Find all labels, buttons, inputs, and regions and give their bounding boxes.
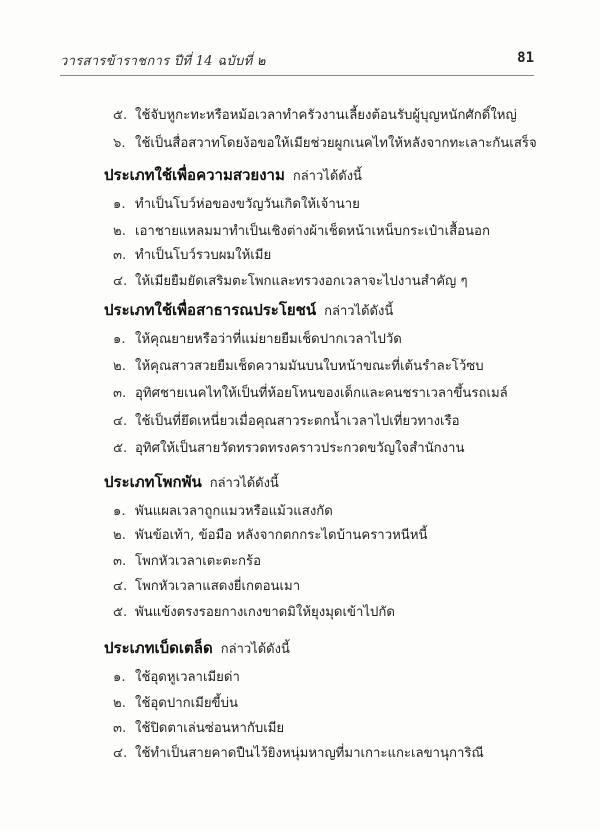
item-text: โพกหัวเวลาแสดงยี่เกตอนเมา bbox=[135, 579, 300, 594]
item-text: ใช้ทำเป็นสายคาดปืนไว้ยิงหนุ่มหาญที่มาเกา… bbox=[135, 746, 484, 761]
item-text: ทำเป็นโบว์ห่อของขวัญวันเกิดให้เจ้านาย bbox=[135, 197, 360, 212]
section-heading-beauty: ประเภทใช้เพื่อความสวยงามกล่าวได้ดังนี้ bbox=[104, 163, 362, 187]
list-item: ๕.อุทิศให้เป็นสายวัดทรวดทรงคราวประกวดขวั… bbox=[113, 437, 464, 458]
section-suffix: กล่าวได้ดังนี้ bbox=[293, 169, 362, 184]
list-item: ๒.ใช้อุดปากเมียขี้บ่น bbox=[113, 692, 238, 713]
item-text: ใช้จับหูกะทะหรือหม้อเวลาทำครัวงานเลี้ยงต… bbox=[135, 108, 517, 123]
header-rule bbox=[60, 75, 534, 76]
item-text: พันแผลเวลาถูกแมวหรือแม้วแสงกัด bbox=[135, 504, 333, 519]
item-text: ใช้เป็นที่ยึดเหนี่ยวเมื่อคุณสาวระตกน้ำเว… bbox=[135, 414, 460, 429]
journal-title: วารสารข้าราชการ ปีที่ 14 ฉบับที่ ๒ bbox=[60, 50, 266, 71]
list-item: ๕.ใช้จับหูกะทะหรือหม้อเวลาทำครัวงานเลี้ย… bbox=[113, 104, 517, 125]
item-number: ๒. bbox=[113, 692, 135, 713]
list-item: ๔.ใช้ทำเป็นสายคาดปืนไว้ยิงหนุ่มหาญที่มาเ… bbox=[113, 742, 484, 763]
list-item: ๖.ใช้เป็นสื่อสวาทโดยง้อขอให้เมียช่วยผูกเ… bbox=[113, 132, 537, 153]
section-heading-public-benefit: ประเภทใช้เพื่อสาธารณประโยชน์กล่าวได้ดังน… bbox=[104, 298, 393, 322]
section-suffix: กล่าวได้ดังนี้ bbox=[324, 304, 393, 319]
item-text: โพกหัวเวลาเตะตะกร้อ bbox=[135, 554, 261, 569]
item-text: เอาชายแหลมมาทำเป็นเชิงต่างผ้าเช็ดหน้าเหน… bbox=[135, 224, 490, 239]
list-item: ๔.โพกหัวเวลาแสดงยี่เกตอนเมา bbox=[113, 575, 300, 596]
item-number: ๔. bbox=[113, 270, 135, 291]
list-item: ๕.พันแข้งตรงรอยกางเกงขาดมิให้ยุงมุดเข้าไ… bbox=[113, 601, 395, 622]
item-number: ๔. bbox=[113, 410, 135, 431]
item-number: ๑. bbox=[113, 193, 135, 214]
running-header: วารสารข้าราชการ ปีที่ 14 ฉบับที่ ๒ 81 bbox=[60, 50, 536, 70]
item-text: ใช้เป็นสื่อสวาทโดยง้อขอให้เมียช่วยผูกเนค… bbox=[135, 136, 537, 151]
item-text: ให้คุณสาวสวยยืมเช็ดความมันบนใบหน้าขณะที่… bbox=[135, 359, 484, 374]
item-text: ทำเป็นโบว์รวบผมให้เมีย bbox=[135, 248, 271, 263]
item-number: ๒. bbox=[113, 220, 135, 241]
section-title: ประเภทใช้เพื่อความสวยงาม bbox=[104, 166, 285, 184]
item-number: ๒. bbox=[113, 355, 135, 376]
list-item: ๒.เอาชายแหลมมาทำเป็นเชิงต่างผ้าเช็ดหน้าเ… bbox=[113, 220, 490, 241]
list-item: ๑.ใช้อุดหูเวลาเมียด่า bbox=[113, 666, 240, 687]
list-item: ๒.พันข้อเท้า, ข้อมือ หลังจากตกกระไดบ้านค… bbox=[113, 524, 428, 545]
item-text: ให้คุณยายหรือว่าที่แม่ยายยืมเช็ดปากเวลาไ… bbox=[135, 332, 402, 347]
item-number: ๕. bbox=[113, 437, 135, 458]
section-title: ประเภทใช้เพื่อสาธารณประโยชน์ bbox=[104, 301, 316, 319]
item-text: อุทิศชายเนคไทให้เป็นที่ห้อยโหนของเด็กและ… bbox=[135, 386, 508, 401]
item-number: ๕. bbox=[113, 104, 135, 125]
item-number: ๖. bbox=[113, 132, 135, 153]
list-item: ๓.อุทิศชายเนคไทให้เป็นที่ห้อยโหนของเด็กแ… bbox=[113, 382, 508, 403]
item-text: ใช้ปิดตาเล่นซ่อนหากับเมีย bbox=[135, 721, 284, 736]
list-item: ๓.ทำเป็นโบว์รวบผมให้เมีย bbox=[113, 244, 271, 265]
item-number: ๕. bbox=[113, 601, 135, 622]
section-title: ประเภทโพกพัน bbox=[104, 473, 202, 491]
list-item: ๔.ใช้เป็นที่ยึดเหนี่ยวเมื่อคุณสาวระตกน้ำ… bbox=[113, 410, 460, 431]
item-text: ใช้อุดปากเมียขี้บ่น bbox=[135, 696, 238, 711]
section-heading-wrapping: ประเภทโพกพันกล่าวได้ดังนี้ bbox=[104, 470, 279, 494]
item-number: ๔. bbox=[113, 575, 135, 596]
section-suffix: กล่าวได้ดังนี้ bbox=[221, 642, 290, 657]
page-number: 81 bbox=[517, 50, 534, 66]
list-item: ๑.ให้คุณยายหรือว่าที่แม่ยายยืมเช็ดปากเวล… bbox=[113, 328, 402, 349]
item-text: พันแข้งตรงรอยกางเกงขาดมิให้ยุงมุดเข้าไปก… bbox=[135, 605, 395, 620]
list-item: ๒.ให้คุณสาวสวยยืมเช็ดความมันบนใบหน้าขณะท… bbox=[113, 355, 484, 376]
item-number: ๓. bbox=[113, 244, 135, 265]
item-number: ๓. bbox=[113, 550, 135, 571]
document-page: วารสารข้าราชการ ปีที่ 14 ฉบับที่ ๒ 81 ๕.… bbox=[0, 0, 600, 831]
section-title: ประเภทเบ็ดเตล็ด bbox=[104, 639, 213, 657]
item-number: ๓. bbox=[113, 717, 135, 738]
list-item: ๓.ใช้ปิดตาเล่นซ่อนหากับเมีย bbox=[113, 717, 284, 738]
list-item: ๑.ทำเป็นโบว์ห่อของขวัญวันเกิดให้เจ้านาย bbox=[113, 193, 360, 214]
section-suffix: กล่าวได้ดังนี้ bbox=[210, 476, 279, 491]
item-number: ๑. bbox=[113, 666, 135, 687]
item-number: ๔. bbox=[113, 742, 135, 763]
list-item: ๓.โพกหัวเวลาเตะตะกร้อ bbox=[113, 550, 261, 571]
list-item: ๔.ให้เมียยืมยัดเสริมตะโพกและทรวงอกเวลาจะ… bbox=[113, 270, 468, 291]
item-number: ๒. bbox=[113, 524, 135, 545]
item-text: พันข้อเท้า, ข้อมือ หลังจากตกกระไดบ้านครา… bbox=[135, 528, 428, 543]
list-item: ๑.พันแผลเวลาถูกแมวหรือแม้วแสงกัด bbox=[113, 500, 333, 521]
item-text: ให้เมียยืมยัดเสริมตะโพกและทรวงอกเวลาจะไป… bbox=[135, 274, 468, 289]
item-number: ๑. bbox=[113, 500, 135, 521]
item-number: ๓. bbox=[113, 382, 135, 403]
item-number: ๑. bbox=[113, 328, 135, 349]
section-heading-miscellaneous: ประเภทเบ็ดเตล็ดกล่าวได้ดังนี้ bbox=[104, 636, 290, 660]
item-text: ใช้อุดหูเวลาเมียด่า bbox=[135, 670, 240, 685]
item-text: อุทิศให้เป็นสายวัดทรวดทรงคราวประกวดขวัญใ… bbox=[135, 441, 464, 456]
